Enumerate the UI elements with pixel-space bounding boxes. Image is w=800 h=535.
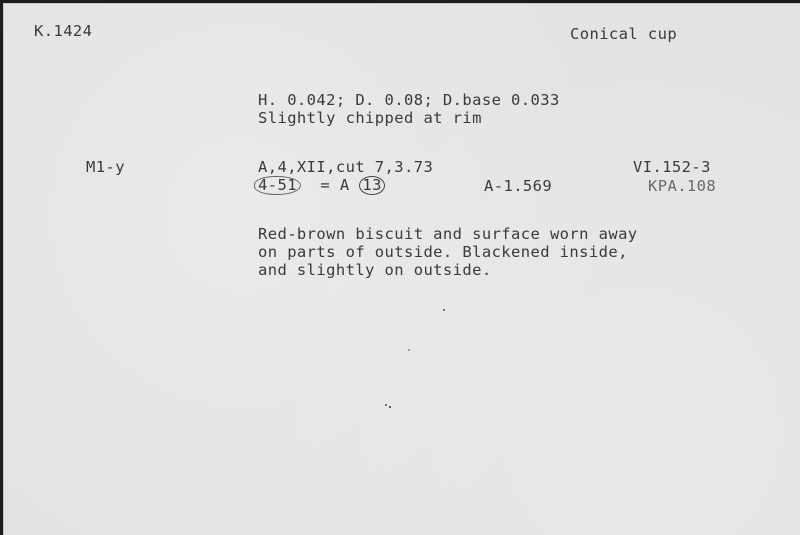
description-line-3: and slightly on outside.	[258, 261, 492, 279]
dimensions: H. 0.042; D. 0.08; D.base 0.033	[258, 91, 560, 109]
object-type: Conical cup	[570, 25, 677, 43]
kpa-reference: KPA.108	[648, 177, 716, 195]
paper-speck	[385, 404, 387, 406]
paper-speck	[389, 406, 391, 408]
catalog-number: K.1424	[34, 22, 92, 40]
circled-reference-oval: 4-51	[254, 176, 301, 195]
locus-code: M1-y	[86, 158, 125, 176]
cross-reference-line: 4-51 = A 13	[258, 176, 385, 195]
equals-prefix: = A	[320, 176, 349, 194]
condition-note: Slightly chipped at rim	[258, 109, 482, 127]
context-line: A,4,XII,cut 7,3.73	[258, 158, 433, 176]
paper-speck	[408, 349, 410, 351]
paper-speck	[443, 309, 445, 311]
inventory-reference: A-1.569	[484, 177, 552, 195]
description-line-2: on parts of outside. Blackened inside,	[258, 243, 628, 261]
circled-reference-round: 13	[359, 176, 384, 195]
catalog-card: K.1424 Conical cup H. 0.042; D. 0.08; D.…	[3, 3, 800, 535]
notebook-reference: VI.152-3	[633, 158, 711, 176]
description-line-1: Red-brown biscuit and surface worn away	[258, 225, 638, 243]
